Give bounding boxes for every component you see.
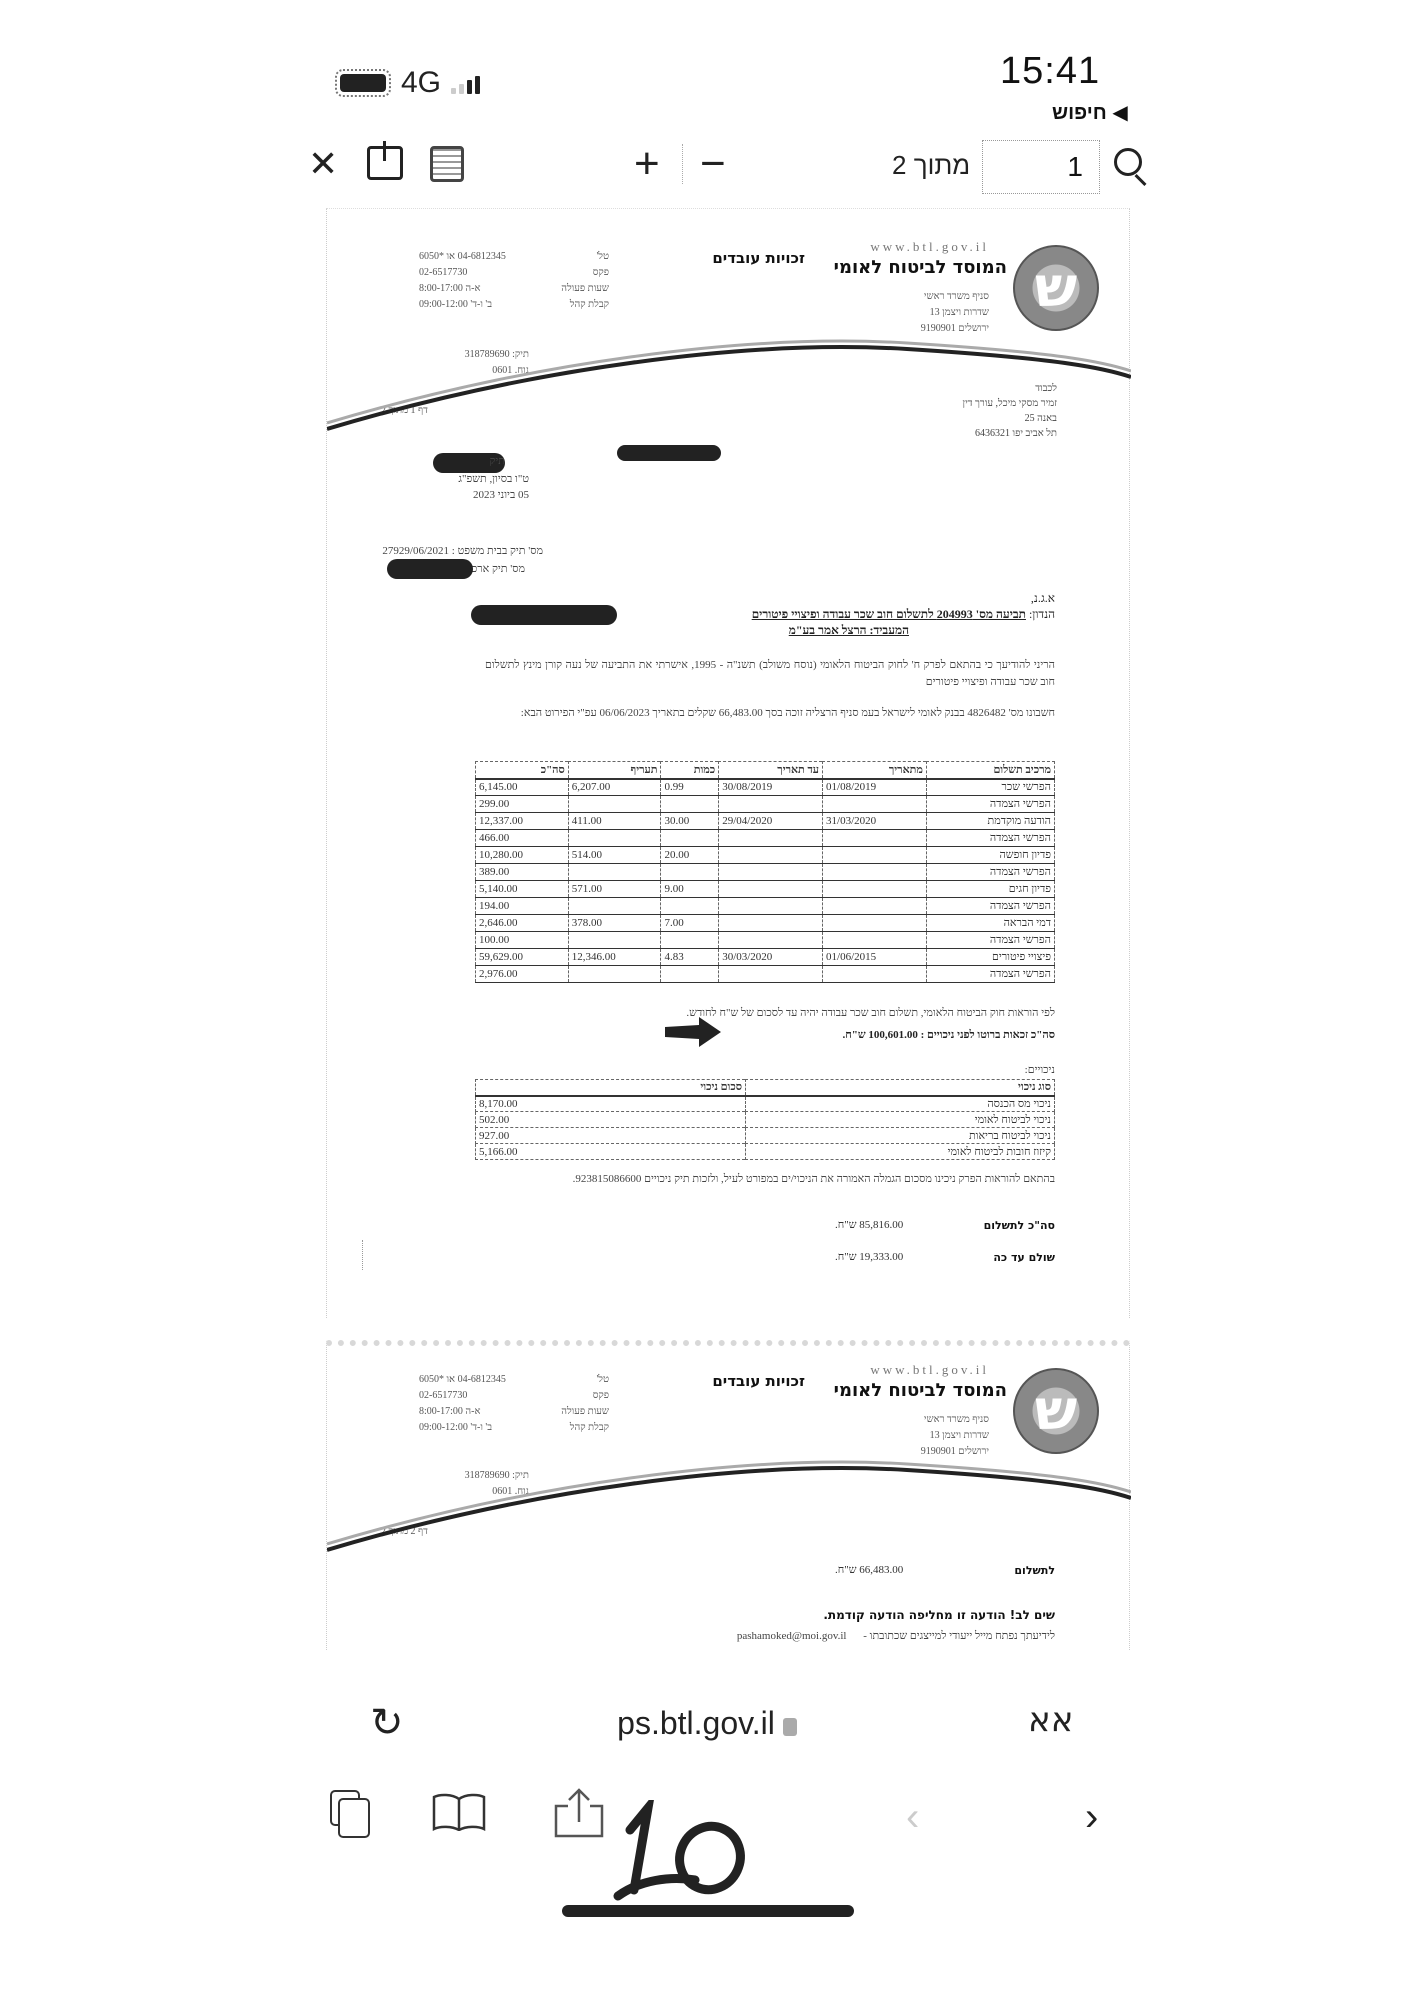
payment-table: מרכיב תשלוםמתאריךעד תאריךכמותתעריףסה"כ ה… bbox=[475, 761, 1055, 983]
table-cell: 30/03/2020 bbox=[719, 949, 823, 966]
subject-line: הנדון: תביעה מס' 204993 לתשלום חוב שכר ע… bbox=[752, 607, 1055, 622]
table-cell: הפרשי הצמדה bbox=[926, 830, 1054, 847]
subject-prefix: הנדון: bbox=[1029, 607, 1055, 621]
table-cell: 30.00 bbox=[661, 813, 719, 830]
column-header: כמות bbox=[661, 762, 719, 779]
table-cell bbox=[661, 932, 719, 949]
deductions-note: בהתאם להוראות הפרק ניכינו מסכום הגמלה הא… bbox=[465, 1171, 1055, 1188]
to-pay-row: לתשלום 66,483.00 ש"ח. bbox=[835, 1564, 1055, 1577]
status-bar-left: 4G bbox=[335, 66, 480, 100]
contact-value: 04-6812345 או *6050 bbox=[419, 249, 506, 265]
table-row: פדיון חופשה20.00514.0010,280.00 bbox=[476, 847, 1055, 864]
table-cell: 4.83 bbox=[661, 949, 719, 966]
zoom-out-button[interactable]: − bbox=[700, 142, 726, 186]
table-cell: 12,346.00 bbox=[568, 949, 661, 966]
court-file-value: 27929/06/2021 bbox=[382, 545, 449, 557]
gross-total: סה"כ זכאות ברוטו לפני ניכויים : 100,601.… bbox=[842, 1029, 1055, 1041]
lock-icon bbox=[783, 1718, 797, 1736]
search-icon[interactable] bbox=[1114, 148, 1142, 176]
column-header: סה"כ bbox=[476, 762, 569, 779]
notice-email[interactable]: pashamoked@moi.gov.il bbox=[737, 1630, 847, 1642]
address-bar[interactable]: ps.btl.gov.il bbox=[0, 1705, 1414, 1742]
paid-value: 19,333.00 ש"ח. bbox=[835, 1251, 903, 1264]
handwritten-annotation: 10 bbox=[600, 1800, 770, 1910]
page-count-label: מתוך 2 bbox=[892, 150, 970, 181]
toolbar-divider bbox=[682, 144, 683, 184]
subject-employer: המעביד: הרצל אמר בע"מ bbox=[789, 623, 909, 638]
table-cell: 514.00 bbox=[568, 847, 661, 864]
total-to-pay-row: סה"כ לתשלום 85,816.00 ש"ח. bbox=[835, 1219, 1055, 1232]
tabs-icon[interactable] bbox=[330, 1790, 360, 1826]
subject-text: תביעה מס' 204993 לתשלום חוב שכר עבודה ופ… bbox=[752, 607, 1026, 621]
table-header-row: מרכיב תשלוםמתאריךעד תאריךכמותתעריףסה"כ bbox=[476, 762, 1055, 779]
table-cell: 8,170.00 bbox=[476, 1096, 746, 1112]
to-pay-label: לתשלום bbox=[1014, 1564, 1055, 1577]
table-cell: דמי הבראה bbox=[926, 915, 1054, 932]
org-name: המוסד לביטוח לאומי bbox=[834, 257, 1007, 278]
table-row: פדיון חגים9.00571.005,140.00 bbox=[476, 881, 1055, 898]
table-row: פיצויי פיטורים01/06/201530/03/20204.8312… bbox=[476, 949, 1055, 966]
scroll-indicator bbox=[362, 1240, 366, 1270]
table-cell bbox=[823, 796, 927, 813]
gross-label: סה"כ זכאות ברוטו לפני ניכויים : bbox=[921, 1029, 1055, 1041]
table-cell bbox=[719, 915, 823, 932]
table-cell: 9.00 bbox=[661, 881, 719, 898]
home-indicator[interactable] bbox=[562, 1905, 854, 1917]
to-pay-value: 66,483.00 ש"ח. bbox=[835, 1564, 903, 1577]
table-cell: 0.99 bbox=[661, 779, 719, 796]
table-row: ניכוי לביטוח בריאות927.00 bbox=[476, 1128, 1055, 1144]
table-row: הפרשי שכר01/08/201930/08/20190.996,207.0… bbox=[476, 779, 1055, 796]
table-cell bbox=[823, 898, 927, 915]
table-cell bbox=[719, 864, 823, 881]
contact-value: 02-6517730 bbox=[419, 1388, 467, 1404]
date-block: ט"ו בסיון, תשפ"ג 05 ביוני 2023 bbox=[458, 471, 529, 503]
back-to-app-label: חיפוש bbox=[1052, 102, 1107, 124]
table-cell bbox=[719, 796, 823, 813]
table-cell: 6,145.00 bbox=[476, 779, 569, 796]
table-cell: 2,976.00 bbox=[476, 966, 569, 983]
table-row: דמי הבראה7.00378.002,646.00 bbox=[476, 915, 1055, 932]
table-row: קיזוז חובות לביטוח לאומי5,166.00 bbox=[476, 1144, 1055, 1160]
column-header: סכום ניכוי bbox=[476, 1080, 746, 1096]
table-cell bbox=[719, 881, 823, 898]
status-time: 15:41 bbox=[1000, 50, 1100, 93]
total-value: 85,816.00 ש"ח. bbox=[835, 1219, 903, 1232]
table-cell: פדיון חופשה bbox=[926, 847, 1054, 864]
org-url: www.btl.gov.il bbox=[870, 239, 989, 255]
table-cell bbox=[661, 864, 719, 881]
contact-block: טל'04-6812345 או *6050 פקס02-6517730 שעו… bbox=[419, 1372, 609, 1436]
table-cell: 31/03/2020 bbox=[823, 813, 927, 830]
table-cell: ניכוי לביטוח בריאות bbox=[746, 1128, 1055, 1144]
table-cell: 466.00 bbox=[476, 830, 569, 847]
table-cell: 5,166.00 bbox=[476, 1144, 746, 1160]
paid-so-far-row: שולם עד כה 19,333.00 ש"ח. bbox=[835, 1251, 1055, 1264]
table-cell: 12,337.00 bbox=[476, 813, 569, 830]
table-cell bbox=[568, 898, 661, 915]
save-to-files-icon[interactable] bbox=[367, 146, 403, 180]
contact-label: קבלת קהל bbox=[570, 297, 609, 313]
total-label: סה"כ לתשלום bbox=[984, 1219, 1055, 1232]
chevron-right-icon[interactable]: › bbox=[1085, 1795, 1098, 1840]
address-line: לכבוד bbox=[963, 381, 1057, 396]
employer-text: המעביד: הרצל אמר בע"מ bbox=[789, 623, 909, 637]
table-cell: הודעה מוקדמת bbox=[926, 813, 1054, 830]
table-cell bbox=[823, 881, 927, 898]
table-cell: 299.00 bbox=[476, 796, 569, 813]
table-row: הפרשי הצמדה2,976.00 bbox=[476, 966, 1055, 983]
contact-label: טל' bbox=[596, 1372, 609, 1388]
contact-value: ב' ו-ד' 09:00-12:00 bbox=[419, 1420, 492, 1436]
table-cell: 29/04/2020 bbox=[719, 813, 823, 830]
table-cell: 378.00 bbox=[568, 915, 661, 932]
contact-label: טל' bbox=[596, 249, 609, 265]
paid-label: שולם עד כה bbox=[993, 1251, 1055, 1264]
contact-value: א-ה 8:00-17:00 bbox=[419, 1404, 480, 1420]
table-cell: 5,140.00 bbox=[476, 881, 569, 898]
table-row: הפרשי הצמדה100.00 bbox=[476, 932, 1055, 949]
table-cell: 20.00 bbox=[661, 847, 719, 864]
table-cell bbox=[823, 966, 927, 983]
table-cell: הפרשי הצמדה bbox=[926, 864, 1054, 881]
table-row: ניכוי מס הכנסה8,170.00 bbox=[476, 1096, 1055, 1112]
org-name: המוסד לביטוח לאומי bbox=[834, 1380, 1007, 1401]
table-cell: 411.00 bbox=[568, 813, 661, 830]
table-cell: פיצויי פיטורים bbox=[926, 949, 1054, 966]
pdf-page-1: www.btl.gov.il המוסד לביטוח לאומי סניף מ… bbox=[326, 208, 1130, 1318]
handwritten-text: 10 bbox=[600, 1800, 602, 1801]
table-cell: 7.00 bbox=[661, 915, 719, 932]
zoom-in-button[interactable]: + bbox=[634, 142, 660, 186]
redaction bbox=[471, 605, 617, 625]
law-note: לפי הוראות חוק הביטוח הלאומי, תשלום חוב … bbox=[686, 1007, 1055, 1019]
branch-line: סניף משרד ראשי bbox=[921, 289, 989, 305]
table-cell bbox=[568, 796, 661, 813]
table-row: הפרשי הצמדה389.00 bbox=[476, 864, 1055, 881]
gregorian-date: 05 ביוני 2023 bbox=[458, 487, 529, 503]
contact-value: ב' ו-ד' 09:00-12:00 bbox=[419, 297, 492, 313]
contact-label: פקס bbox=[593, 1388, 609, 1404]
contact-label: קבלת קהל bbox=[570, 1420, 609, 1436]
table-row: הפרשי הצמדה466.00 bbox=[476, 830, 1055, 847]
column-header: סוג ניכוי bbox=[746, 1080, 1055, 1096]
table-cell: ניכוי לביטוח לאומי bbox=[746, 1112, 1055, 1128]
table-row: הודעה מוקדמת31/03/202029/04/202030.00411… bbox=[476, 813, 1055, 830]
redaction bbox=[617, 445, 721, 461]
table-cell bbox=[568, 966, 661, 983]
table-row: ניכוי לביטוח לאומי502.00 bbox=[476, 1112, 1055, 1128]
address-line: באנה 25 bbox=[963, 411, 1057, 426]
table-cell: הפרשי הצמדה bbox=[926, 932, 1054, 949]
column-header: מרכיב תשלום bbox=[926, 762, 1054, 779]
court-file-row: מס' תיק בבית משפט : 27929/06/2021 bbox=[382, 543, 543, 559]
deductions-table: סוג ניכויסכום ניכוי ניכוי מס הכנסה8,170.… bbox=[475, 1079, 1055, 1160]
deductions-label: ניכויים: bbox=[1025, 1064, 1055, 1076]
table-header-row: סוג ניכויסכום ניכוי bbox=[476, 1080, 1055, 1096]
pdf-page-2: www.btl.gov.il המוסד לביטוח לאומי סניף מ… bbox=[326, 1340, 1130, 1650]
table-cell: 2,646.00 bbox=[476, 915, 569, 932]
table-cell bbox=[719, 966, 823, 983]
network-label: 4G bbox=[401, 66, 441, 100]
table-cell bbox=[823, 830, 927, 847]
table-cell bbox=[719, 898, 823, 915]
table-cell: הפרשי שכר bbox=[926, 779, 1054, 796]
approval-paragraph: הריני להודיעך כי בהתאם לפרק ח' לחוק הביט… bbox=[485, 657, 1055, 691]
table-cell: הפרשי הצמדה bbox=[926, 898, 1054, 915]
table-cell bbox=[661, 830, 719, 847]
table-row: הפרשי הצמדה299.00 bbox=[476, 796, 1055, 813]
back-to-app-link[interactable]: ◀ חיפוש bbox=[1052, 100, 1128, 125]
letterhead-swoosh bbox=[327, 1450, 1131, 1560]
column-header: תעריף bbox=[568, 762, 661, 779]
table-cell: 389.00 bbox=[476, 864, 569, 881]
table-cell bbox=[823, 847, 927, 864]
address-line: זמיר מסקי מיכל, עורך דין bbox=[963, 396, 1057, 411]
arrow-annotation-icon bbox=[663, 1017, 723, 1047]
greeting: א.ג.נ, bbox=[1031, 591, 1055, 606]
table-cell bbox=[568, 830, 661, 847]
table-row: הפרשי הצמדה194.00 bbox=[476, 898, 1055, 915]
table-cell: 01/06/2015 bbox=[823, 949, 927, 966]
notice-title: שים לב! הודעה זו מחליפה הודעה קודמת. bbox=[823, 1608, 1055, 1622]
branch-line: סניף משרד ראשי bbox=[921, 1412, 989, 1428]
table-cell bbox=[823, 915, 927, 932]
contact-block: טל'04-6812345 או *6050 פקס02-6517730 שעו… bbox=[419, 249, 609, 313]
battery-icon bbox=[335, 69, 391, 97]
reader-mode-button[interactable]: אא bbox=[1028, 1700, 1073, 1740]
table-cell: 502.00 bbox=[476, 1112, 746, 1128]
table-cell bbox=[823, 864, 927, 881]
close-icon[interactable]: ✕ bbox=[308, 146, 338, 182]
table-cell bbox=[568, 932, 661, 949]
table-cell: 6,207.00 bbox=[568, 779, 661, 796]
page-number-input[interactable]: 1 bbox=[982, 140, 1100, 194]
hebrew-date: ט"ו בסיון, תשפ"ג bbox=[458, 471, 529, 487]
contact-label: פקס bbox=[593, 265, 609, 281]
contact-label: שעות פעולה bbox=[561, 1404, 609, 1420]
chevron-left-icon[interactable]: ‹ bbox=[906, 1795, 919, 1840]
notice-text: לידיעתך נפתח מייל ייעודי למייצגים שכתובת… bbox=[737, 1630, 1055, 1642]
notice-text-body: לידיעתך נפתח מייל ייעודי למייצגים שכתובת… bbox=[863, 1630, 1055, 1642]
column-header: עד תאריך bbox=[719, 762, 823, 779]
table-cell: 927.00 bbox=[476, 1128, 746, 1144]
book-icon[interactable] bbox=[432, 1793, 486, 1831]
table-cell bbox=[719, 932, 823, 949]
contact-value: 02-6517730 bbox=[419, 265, 467, 281]
table-cell: פדיון חגים bbox=[926, 881, 1054, 898]
department-title: זכויות עובדים bbox=[712, 1372, 805, 1390]
table-cell bbox=[661, 796, 719, 813]
recipient-address: לכבוד זמיר מסקי מיכל, עורך דין באנה 25 ת… bbox=[963, 381, 1057, 441]
table-cell bbox=[661, 966, 719, 983]
table-cell bbox=[661, 898, 719, 915]
contact-label: שעות פעולה bbox=[561, 281, 609, 297]
court-file-label: מס' תיק בבית משפט bbox=[458, 545, 543, 557]
print-icon[interactable] bbox=[430, 146, 464, 182]
contact-value: 04-6812345 או *6050 bbox=[419, 1372, 506, 1388]
table-cell: 10,280.00 bbox=[476, 847, 569, 864]
org-url: www.btl.gov.il bbox=[870, 1362, 989, 1378]
btl-logo-icon bbox=[1013, 1368, 1099, 1454]
branch-line: שדרות ויצמן 13 bbox=[921, 1428, 989, 1444]
table-cell: קיזוז חובות לביטוח לאומי bbox=[746, 1144, 1055, 1160]
file-label: תיק bbox=[490, 453, 505, 469]
table-cell: הפרשי הצמדה bbox=[926, 796, 1054, 813]
table-cell bbox=[568, 864, 661, 881]
branch-line: שדרות ויצמן 13 bbox=[921, 305, 989, 321]
table-cell: 571.00 bbox=[568, 881, 661, 898]
table-cell bbox=[719, 830, 823, 847]
table-cell bbox=[823, 932, 927, 949]
btl-logo-icon bbox=[1013, 245, 1099, 331]
url-text: ps.btl.gov.il bbox=[617, 1705, 775, 1741]
address-line: תל אביב יפו 6436321 bbox=[963, 426, 1057, 441]
signal-icon bbox=[451, 72, 480, 94]
table-cell bbox=[719, 847, 823, 864]
table-cell: הפרשי הצמדה bbox=[926, 966, 1054, 983]
department-title: זכויות עובדים bbox=[712, 249, 805, 267]
contact-value: א-ה 8:00-17:00 bbox=[419, 281, 480, 297]
table-cell: 194.00 bbox=[476, 898, 569, 915]
gross-value: 100,601.00 ש"ח. bbox=[842, 1029, 917, 1041]
column-header: מתאריך bbox=[823, 762, 927, 779]
redaction bbox=[387, 559, 473, 579]
table-cell: 01/08/2019 bbox=[823, 779, 927, 796]
table-cell: 59,629.00 bbox=[476, 949, 569, 966]
account-paragraph: חשבונו מס' 4826482 בבנק לאומי לישראל בעמ… bbox=[485, 705, 1055, 722]
table-cell: 100.00 bbox=[476, 932, 569, 949]
table-cell: 30/08/2019 bbox=[719, 779, 823, 796]
table-cell: ניכוי מס הכנסה bbox=[746, 1096, 1055, 1112]
